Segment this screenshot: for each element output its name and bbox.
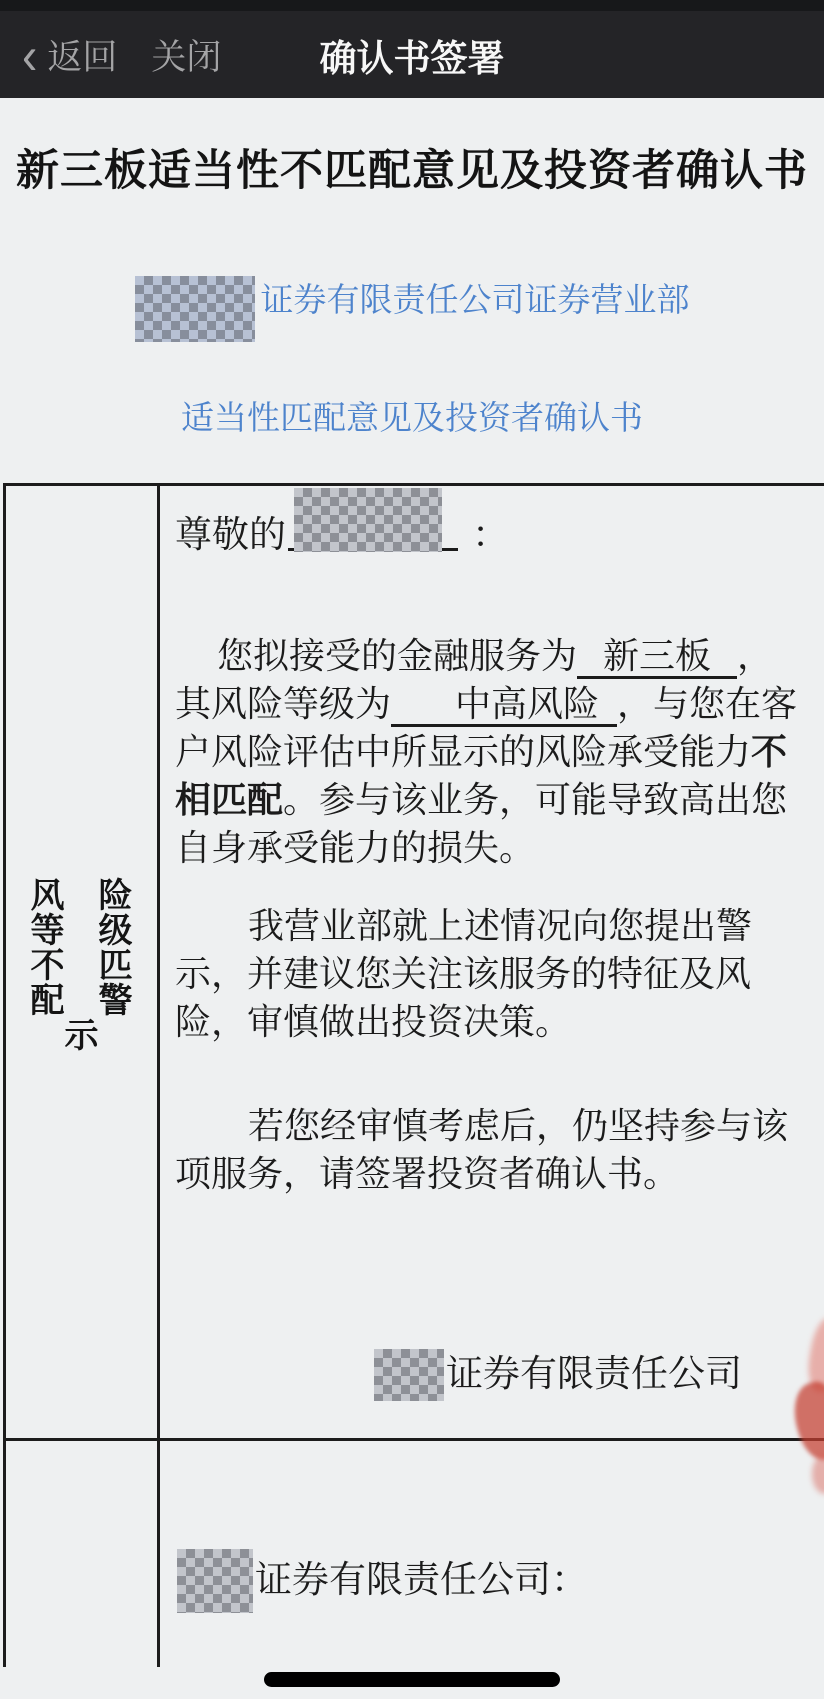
addressee-company-label: 证券有限责任公司： [255, 1559, 588, 1600]
status-bar [0, 0, 824, 11]
warning-table: 风险等级不匹配警示 尊敬的： 您拟接受的金融服务为新三板，其风险等级为中高风险，… [3, 483, 824, 1667]
close-button[interactable]: 关闭 [151, 30, 221, 80]
risk-level-blank: 中高风险 [391, 683, 617, 727]
chevron-left-icon: ‹ [22, 32, 37, 78]
branch-link-label: 证券有限责任公司证券营业部 [261, 281, 690, 318]
redaction-mosaic [294, 488, 442, 552]
page-title: 确认书签署 [0, 28, 824, 82]
addressee-line: 证券有限责任公司： [175, 1549, 798, 1615]
confirmation-link[interactable]: 适当性匹配意见及投资者确认书 [0, 392, 824, 439]
back-button[interactable]: ‹ 返回 [22, 30, 117, 80]
redaction-mosaic [374, 1349, 444, 1401]
client-name-blank [288, 504, 458, 551]
table-row-confirmation: 证券有限责任公司： [6, 1441, 824, 1667]
app-screen: ‹ 返回 关闭 确认书签署 新三板适当性不匹配意见及投资者确认书 证券有限责任公… [0, 0, 824, 1699]
side-header-cell: 风险等级不匹配警示 [6, 486, 160, 1438]
document-content: 新三板适当性不匹配意见及投资者确认书 证券有限责任公司证券营业部 适当性匹配意见… [0, 98, 824, 1667]
branch-link[interactable]: 证券有限责任公司证券营业部 [0, 274, 824, 328]
warning-body-cell: 尊敬的： 您拟接受的金融服务为新三板，其风险等级为中高风险，与您在客户风险评估中… [160, 486, 824, 1438]
salutation-line: 尊敬的： [175, 504, 798, 560]
home-indicator[interactable] [264, 1672, 560, 1687]
company-signature-line: 证券有限责任公司 [175, 1346, 798, 1404]
table-row-warning: 风险等级不匹配警示 尊敬的： 您拟接受的金融服务为新三板，其风险等级为中高风险，… [6, 486, 824, 1441]
salutation-prefix: 尊敬的 [175, 514, 286, 555]
document-title: 新三板适当性不匹配意见及投资者确认书 [16, 138, 808, 204]
nav-bar: ‹ 返回 关闭 确认书签署 [0, 0, 824, 98]
service-name-blank: 新三板 [577, 635, 737, 679]
redaction-mosaic [177, 1549, 253, 1613]
redaction-mosaic [135, 276, 255, 342]
salutation-colon: ： [472, 514, 509, 555]
risk-mismatch-warning-label: 风险等级不匹配警示 [31, 875, 133, 1050]
signature-company-label: 证券有限责任公司 [446, 1353, 742, 1394]
back-button-label: 返回 [47, 30, 117, 80]
warning-paragraph-1: 您拟接受的金融服务为新三板，其风险等级为中高风险，与您在客户风险评估中所显示的风… [175, 632, 798, 872]
p1-text: 您拟接受的金融服务为 [217, 635, 577, 676]
warning-paragraph-3: 若您经审慎考虑后，仍坚持参与该项服务，请签署投资者确认书。 [175, 1102, 798, 1198]
confirmation-body-cell: 证券有限责任公司： [160, 1441, 824, 1667]
side-empty-cell [6, 1441, 160, 1667]
warning-paragraph-2: 我营业部就上述情况向您提出警示，并建议您关注该服务的特征及风险，审慎做出投资决策… [175, 902, 798, 1046]
